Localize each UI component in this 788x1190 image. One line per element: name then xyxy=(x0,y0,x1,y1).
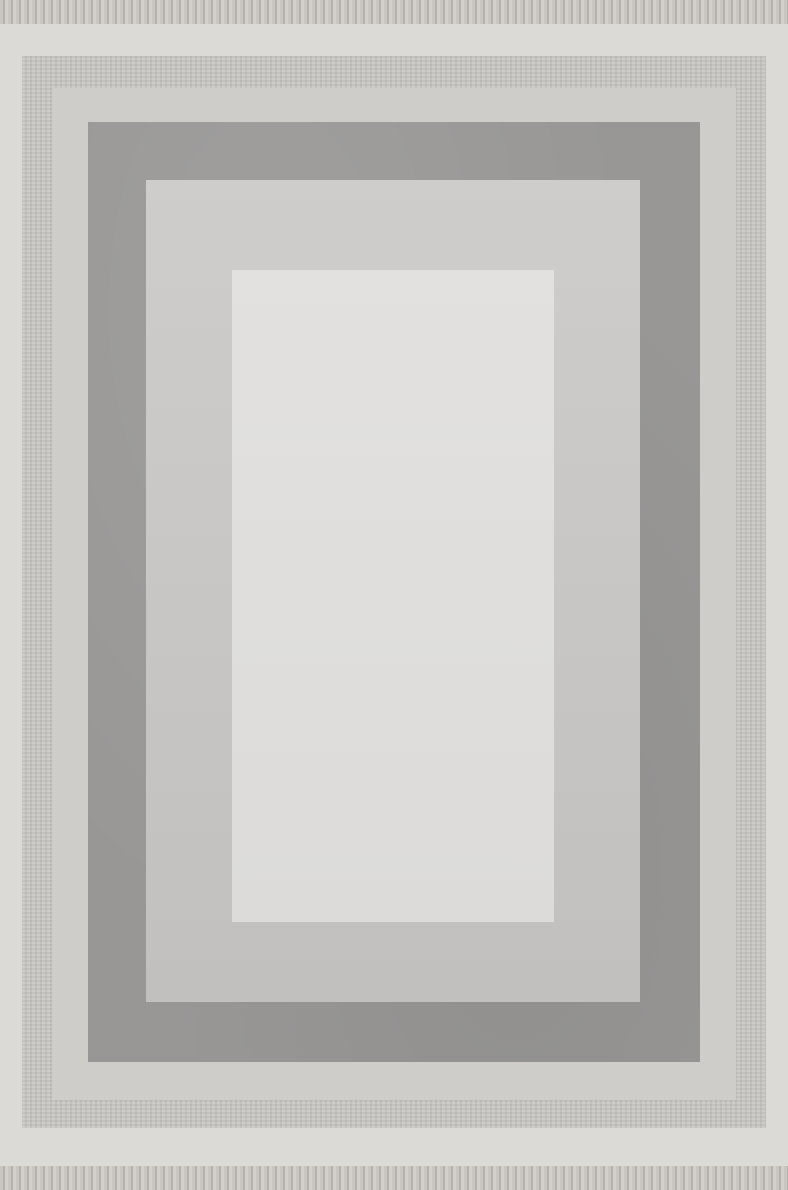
fringe-bottom xyxy=(0,1166,788,1190)
fringe-top xyxy=(0,0,788,24)
rug-photo xyxy=(0,0,788,1190)
center-panel xyxy=(232,270,554,922)
